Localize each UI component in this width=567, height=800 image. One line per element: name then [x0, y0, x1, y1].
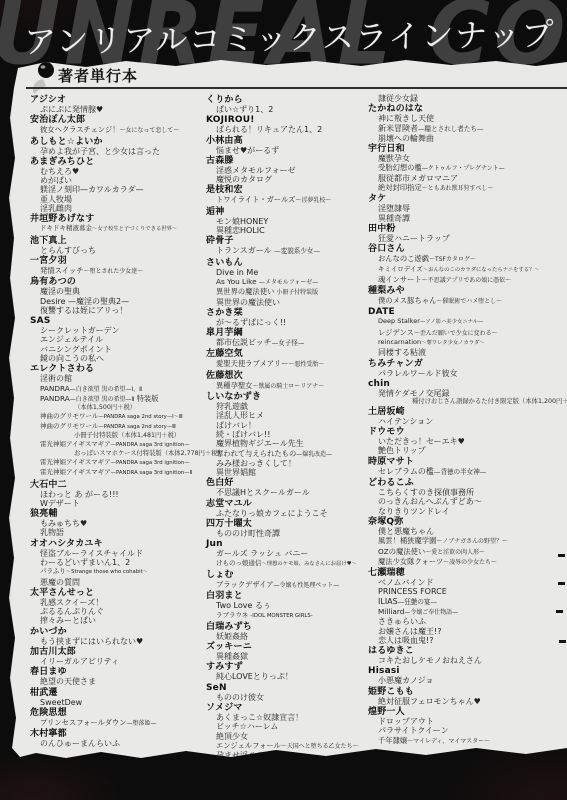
- heading-rule: [26, 87, 567, 89]
- work-title: 淫術の館: [30, 374, 208, 383]
- work-title: ハイテンション: [368, 417, 564, 426]
- work-subtitle: —白き欲望 黒の希望—Ⅱ: [70, 396, 135, 403]
- work-subtitle: 〜歪んだ願いで少女に変わる〜: [414, 330, 498, 337]
- work-title: 風雲！桶狭魔学園〜ノブナガさんの野望？〜: [368, 536, 564, 546]
- author-block: 皐月芋綱都市伝説ビッチ—女子怪—: [206, 328, 384, 348]
- work-title: プリンセスフォールダウン—堕落姫—: [30, 718, 208, 728]
- work-title: けものっ娘通信〜理想のケモ娘、みなさんにお届け♥〜: [206, 559, 384, 569]
- work-subtitle: —PANDRA saga 3rd ignition—Ⅱ: [111, 470, 193, 476]
- author-block: DATEDeep Stalker—ソノ影ハ美少女ニナル—レジデンス〜歪んだ願いで…: [368, 307, 564, 357]
- work-title: さきゅらいふ: [368, 617, 564, 626]
- author-name: 白瑞みずち: [206, 622, 384, 632]
- work-title: 僕と悪魔ちゃん: [368, 527, 564, 536]
- author-name: Hisasi: [368, 666, 564, 676]
- author-block: タケ淫堕隷辱異種奇譚: [368, 194, 564, 223]
- work-title: 孕めよ我が子宮、と少女は言った: [30, 147, 208, 156]
- work-title: セレブラムの檻—背徳の半女神—: [368, 467, 564, 477]
- author-name: 時原マサト: [368, 457, 564, 467]
- work-title: 亜人牧場: [30, 195, 208, 204]
- work-title: もののけ町性奇譚: [206, 529, 384, 538]
- author-name: 七瀬瑞穂: [368, 568, 564, 578]
- author-name: 志堂マユル: [206, 499, 384, 509]
- author-name: オオハシタカユキ: [30, 539, 208, 549]
- work-title: 妖姫姦絡: [206, 632, 384, 641]
- author-name: chin: [368, 379, 564, 389]
- work-title: むちえろ♥: [30, 167, 208, 176]
- work-subtitle: 〜奪ワレタ少女ノカラダ〜: [421, 340, 485, 346]
- work-subtitle: —PANDRA saga 3rd ignition—: [111, 442, 190, 448]
- work-title: ビッチ☆ハーレム: [206, 722, 384, 731]
- work-title: 魔獣孕女: [368, 154, 564, 163]
- author-block: 谷口さんおんなのこ遊戯〜TSFカタログ〜キミイロデイズ〜おんなのこのカラダになっ…: [368, 244, 564, 285]
- author-block: はるゆきこコキたおしケモノおねえさん: [368, 646, 564, 665]
- author-name: くりから: [206, 95, 384, 105]
- work-title: 雷光神姫アイギスマギア—PANDRA saga 3rd ignition—: [30, 440, 208, 450]
- work-title: 異種孕聖女〜獣属の騎士ローリアナ〜: [206, 381, 384, 391]
- author-name: 池下真上: [30, 236, 208, 246]
- author-block: エレクトさわる淫術の館PANDRA—白き欲望 黒の希望—Ⅰ、ⅡPANDRA—白き…: [30, 364, 208, 478]
- author-name: 大石中二: [30, 480, 208, 490]
- author-name: しいなかずき: [206, 392, 384, 402]
- work-subtitle: 小冊子付特装版: [274, 289, 318, 296]
- torn-edge-marks: [558, 554, 565, 557]
- author-block: 柑武遷SweetDew: [30, 688, 208, 707]
- author-name: 左藤空気: [206, 349, 384, 359]
- work-title: が〜るずぱにっく!!: [206, 318, 384, 327]
- work-title: パラレルワールド彼女: [368, 369, 564, 378]
- work-title: 雷光神姫アイギスマギア—PANDRA saga 3rd ignition—Ⅱ: [30, 468, 208, 478]
- work-subtitle: —PANDRA saga 3rd ignition—: [111, 460, 190, 466]
- work-title: Dive in Me: [206, 268, 384, 277]
- author-name: KOJIROU!: [206, 115, 384, 125]
- work-subtitle: —クトゥルフ・プレグナント—: [422, 165, 505, 172]
- author-name: かいづか: [30, 627, 208, 637]
- author-block: 木村寧都のんひゅーまんらいふ: [30, 729, 208, 748]
- author-block: 一宮夕羽発情スイッチ〜堕とされた少女達〜: [30, 256, 208, 276]
- work-title: お嬢さんは魔王!?: [368, 627, 564, 636]
- work-title: トランスガール —変貌系少女—: [206, 246, 384, 256]
- author-column: くりからぱい☆ずり1、2KOJIROU!ばられる！リキュアたん1、2小林由高悩ま…: [206, 94, 384, 760]
- work-subtitle: —女子怪—: [272, 339, 305, 347]
- author-block: ズッキーニ異種姦獄: [206, 642, 384, 661]
- author-name: 宇行日和: [368, 144, 564, 154]
- author-name: 皐月芋綱: [206, 328, 384, 338]
- edition-note: （本体1,500円＋税）: [30, 404, 208, 412]
- author-block: 田中粉狂愛ハニートラップ: [368, 224, 564, 243]
- author-block: かいづかもう挟まずにはいられない♥: [30, 627, 208, 646]
- author-block: あまぎみちひとむちえろ♥めがぱい躾淫ノ刻印—カワルカラダ—亜人牧場淫乳雌肉: [30, 157, 208, 213]
- work-title: 悩ませ♥がーるず: [206, 146, 384, 155]
- work-title: 恋人は吸血鬼!?: [368, 636, 564, 645]
- work-title: おんなのこ遊戯〜TSFカタログ〜: [368, 254, 564, 264]
- author-block: SASシークレットガーデンエンジェルテイルバニシングポイント鏡の向こうの私へ: [30, 316, 208, 363]
- work-title: 奪われて与えられたもの—爆乳改造—: [206, 449, 384, 459]
- edition-note: おっぱいスマホケース付特装版（本体2,778円＋税）: [30, 450, 208, 458]
- work-title: こちらくすのき探偵事務所: [368, 488, 564, 497]
- author-block: オオハシタカユキ怪盗ブルーライスチャイルドわーるどいずまいん1、2パラふり〜St…: [30, 539, 208, 587]
- author-block: さかき栞が〜るずぱにっく!!: [206, 308, 384, 327]
- work-title: 異種恋HOLIC: [206, 226, 384, 235]
- author-block: 春日まゆ絶望の天使さま: [30, 667, 208, 686]
- author-name: しょむ: [206, 570, 384, 580]
- work-title: ほわっと あ がーる!!!: [30, 490, 208, 499]
- work-subtitle: 〜おんなのこのカラダになったらナニをする？〜: [423, 267, 540, 273]
- author-block: 時原マサトセレブラムの檻—背徳の半女神—: [368, 457, 564, 477]
- author-block: 逅神モン娘HONEY異種恋HOLIC: [206, 207, 384, 236]
- author-name: 太平さんせっと: [30, 588, 208, 598]
- work-title: ぱい☆ずり1、2: [206, 105, 384, 114]
- author-name: 土居坂崎: [368, 407, 564, 417]
- work-subtitle: —糧とされし者たち—: [418, 125, 483, 133]
- work-title: 異世界の魔法使い: [206, 298, 384, 307]
- work-title: 千年隷嬢〜マイレディ、マイマスター〜: [368, 736, 564, 746]
- author-block: 古森滕淫惑メタモルフォーゼ魔悦のカタログ: [206, 156, 384, 185]
- author-block: SeNもののけ彼女: [206, 683, 384, 702]
- work-title: みみ様おっきくして！: [206, 459, 384, 468]
- work-title: モン娘HONEY: [206, 217, 384, 226]
- work-title: 異世界の魔法使い 小冊子付特装版: [206, 287, 384, 297]
- work-title: Milliard—令嬢ご奉仕物語—: [368, 607, 564, 617]
- work-title: 孕ませ淫モラル: [206, 751, 384, 760]
- author-name: 柑武遷: [30, 688, 208, 698]
- author-block: 姫野こもも絶対征服フェロモンちゃん♥: [368, 687, 564, 706]
- author-block: しいなかずき狩乳遊戯淫乱人形ヒメばけバレ！続・ばけバレ!!魔界植物ギジエール先生…: [206, 392, 384, 477]
- author-block: 隷従少女録: [368, 94, 564, 103]
- work-title: 絶対封印指定〜ともあれ獣耳狩すべし〜: [368, 183, 564, 193]
- work-title: 異世界娼館: [206, 468, 384, 477]
- work-subtitle: -IDOL MONSTER GIRLS-: [250, 613, 312, 619]
- work-subtitle: 〜不思議アプリであの娘に憑依〜: [422, 277, 511, 284]
- work-title: 乳感スクイーズ！: [30, 598, 208, 607]
- work-subtitle: 〜ノブナガさんの野望？〜: [436, 538, 508, 545]
- work-title: 復讐するは姪にアリっ！: [30, 306, 208, 315]
- work-subtitle: —白き欲望 黒の希望—Ⅰ、Ⅱ: [70, 386, 142, 393]
- work-title: ブラックデザイア—令嬢も性処理ペット—: [206, 580, 384, 590]
- work-title: ドキドキ精液募金〜女子校生と子づくりできる世界〜: [30, 224, 208, 234]
- author-name: たかねのはな: [368, 104, 564, 114]
- work-subtitle: 〜Strange those who cohabit〜: [66, 569, 148, 575]
- work-title: イリーガルアビリティ: [30, 657, 208, 666]
- author-name: 木村寧都: [30, 729, 208, 739]
- work-title: 搾々みーとぱい: [30, 616, 208, 625]
- work-title: 躾淫ノ刻印—カワルカラダ—: [30, 185, 208, 194]
- author-block: 砕骨子トランスガール —変貌系少女—: [206, 236, 384, 256]
- author-name: すみすず: [206, 662, 384, 672]
- work-title: コキたおしケモノおねえさん: [368, 656, 564, 665]
- author-name: さいもん: [206, 258, 384, 268]
- author-name: エレクトさわる: [30, 364, 208, 374]
- work-title: 異種姦獄: [206, 652, 384, 661]
- author-name: ちみチャンガ: [368, 359, 564, 369]
- author-block: ソメジマあくまっこ☆奴隷宣言！ビッチ☆ハーレム絶頂少女エンジェルフォール〜天国へ…: [206, 703, 384, 760]
- work-subtitle: 〜愛と淫欲の肉人形〜: [425, 549, 485, 556]
- work-title: 魂インサート〜不思議アプリであの娘に憑依〜: [368, 275, 564, 285]
- author-name: 煌野一人: [368, 707, 564, 717]
- work-title: ドロップアウト: [368, 717, 564, 726]
- work-title: 同棲する粘液: [368, 348, 564, 357]
- work-title: 続・ばけバレ!!: [206, 430, 384, 439]
- work-subtitle: 〜女子校生と子づくりできる世界〜: [92, 226, 177, 232]
- work-subtitle: —PANDRA saga 2nd story—Ⅰ〜Ⅲ: [98, 414, 182, 420]
- author-name: ソメジマ: [206, 703, 384, 713]
- work-title: ふたなりっ娘カフェにようこそ: [206, 509, 384, 518]
- scanned-catalog-page: { "header": { "title": "アンリアルコミックスラインナップ…: [0, 0, 567, 800]
- work-title: ベノムバインド: [368, 578, 564, 587]
- work-title: エンジェルフォール〜天国へと堕ちる乙女たち〜: [206, 741, 384, 751]
- work-title: ばけバレ！: [206, 421, 384, 430]
- author-name: SAS: [30, 316, 208, 326]
- author-name: 田中粉: [368, 224, 564, 234]
- author-block: どわるこふこちらくすのき探偵事務所のっきんおんへぶんずどあ〜なりきりツンドレイ: [368, 478, 564, 516]
- work-title: 絶頂少女: [206, 732, 384, 741]
- work-title: 鏡の向こうの私へ: [30, 354, 208, 363]
- author-block: 四万十曜太もののけ町性奇譚: [206, 519, 384, 538]
- work-title: 魔法少女隊クォーツ〜凌辱の少女たち〜: [368, 557, 564, 567]
- author-name: 加古川太郎: [30, 647, 208, 657]
- work-title: 悪魔の質問: [30, 578, 208, 587]
- author-block: アジシオぷにぷに発情腺♥: [30, 95, 208, 114]
- work-title: PRINCESS FORCE: [368, 587, 564, 596]
- work-title: 異種奇譚: [368, 214, 564, 223]
- author-name: 狼亮輔: [30, 509, 208, 519]
- work-title: 受胎幻想の檻—クトゥルフ・プレグナント—: [368, 163, 564, 173]
- author-block: 小林由高悩ませ♥がーるず: [206, 136, 384, 155]
- work-title: Two Love るぅ: [206, 601, 384, 610]
- author-block: 狼亮輔もみゅちち♥乳物語: [30, 509, 208, 538]
- author-block: 是枝和宏トワイライト・ガールズ〜淫夢乳校〜: [206, 185, 384, 205]
- author-block: ちみチャンガパラレルワールド彼女: [368, 359, 564, 378]
- author-name: ドウモウ: [368, 427, 564, 437]
- author-name: どわるこふ: [368, 478, 564, 488]
- author-block: 加古川太郎イリーガルアビリティ: [30, 647, 208, 666]
- work-title: 怪盗ブルーライスチャイルド: [30, 549, 208, 558]
- work-title: 魔悦のカタログ: [206, 175, 384, 184]
- work-title: 淫乳雌肉: [30, 204, 208, 213]
- author-name: 井垣野あげなす: [30, 214, 208, 224]
- author-block: 白瑞みずち妖姫姦絡: [206, 622, 384, 641]
- author-block: たかねのはな神に叛きし天使新米冒険者—糧とされし者たち—崩壊への輪舞曲: [368, 104, 564, 143]
- author-name: ズッキーニ: [206, 642, 384, 652]
- author-name: 谷口さん: [368, 244, 564, 254]
- work-title: もう挟まずにはいられない♥: [30, 637, 208, 646]
- author-name: SeN: [206, 683, 384, 693]
- work-title: 不思議Hとスクールガール: [206, 488, 384, 497]
- author-block: 佐藤想次異種孕聖女〜獣属の騎士ローリアナ〜: [206, 371, 384, 391]
- author-name: 色白好: [206, 478, 384, 488]
- work-title: シークレットガーデン: [30, 326, 208, 335]
- work-title: 絶望の天使さま: [30, 677, 208, 686]
- author-block: 土居坂崎ハイテンション: [368, 407, 564, 426]
- work-title: のんひゅーまんらいふ: [30, 739, 208, 748]
- author-name: アジシオ: [30, 95, 208, 105]
- author-name: さかき栞: [206, 308, 384, 318]
- work-title: ぷにぷに発情腺♥: [30, 105, 208, 114]
- author-name: 姫野こもも: [368, 687, 564, 697]
- work-title: 僕のメス豚ちゃん〜催眠術でハメ堕とし〜: [368, 296, 564, 306]
- author-block: 白羽まとTwo Love るぅラブラウネ -IDOL MONSTER GIRLS…: [206, 591, 384, 621]
- work-title: わーるどいずまいん1、2: [30, 558, 208, 567]
- work-title: reincarnation〜奪ワレタ少女ノカラダ〜: [368, 338, 564, 348]
- author-name: 砕骨子: [206, 236, 384, 246]
- author-block: chin発情ケダモノ交尾録種付けおじさん語録かるた付き限定版（本体1,200円＋…: [368, 379, 564, 406]
- work-title: キミイロデイズ〜おんなのこのカラダになったらナニをする？〜: [368, 265, 564, 275]
- work-subtitle: 〜理想のケモ娘、みなさんにお届け♥〜: [261, 561, 356, 567]
- work-title: ILIAS—狂艶の宴—: [368, 597, 564, 607]
- work-title: 雷光神姫アイギスマギア—PANDRA saga 3rd ignition—: [30, 458, 208, 468]
- work-subtitle: 〜TSFカタログ〜: [429, 256, 476, 263]
- work-subtitle: 〜凌辱の少女たち〜: [443, 559, 497, 566]
- work-title: もみゅちち♥: [30, 519, 208, 528]
- author-block: 安治ぽん太郎彼女ヘクラスチェンジ！〜女になって恋して〜: [30, 115, 208, 135]
- author-name: 小林由高: [206, 136, 384, 146]
- work-subtitle: 〜悪性受胎〜: [288, 361, 324, 368]
- author-block: 奈塚Q弥僕と悪魔ちゃん風雲！桶狭魔学園〜ノブナガさんの野望？〜OZの魔法使い〜愛…: [368, 517, 564, 567]
- work-title: Desire —魔淫の聖典2—: [30, 297, 208, 306]
- work-subtitle: 〜堕とされた少女達〜: [84, 268, 144, 275]
- work-title: 狂愛ハニートラップ: [368, 234, 564, 243]
- work-subtitle: 〜ともあれ獣耳狩すべし〜: [422, 185, 494, 192]
- work-subtitle: 〜淫夢乳校〜: [295, 197, 331, 204]
- work-title: 発情スイッチ〜堕とされた少女達〜: [30, 266, 208, 276]
- work-subtitle: 〜女になって恋して〜: [120, 127, 180, 134]
- work-subtitle: 〜天国へと堕ちる乙女たち〜: [281, 743, 359, 750]
- page-title: アンリアルコミックスラインナップ: [24, 9, 555, 62]
- author-block: 左藤空気愛聖天使ラブメアリー〜悪性受胎〜: [206, 349, 384, 369]
- author-name: あまぎみちひと: [30, 157, 208, 167]
- work-title: のっきんおんへぶんずどあ〜: [368, 497, 564, 506]
- author-block: さいもんDive in MeAs You Like —メタモルフォーゼ—異世界の…: [206, 258, 384, 307]
- work-title: Deep Stalker—ソノ影ハ美少女ニナル—: [368, 317, 564, 327]
- work-subtitle: —変貌系少女—: [274, 247, 320, 255]
- author-block: すみすず純心LOVEとりっぷ！: [206, 662, 384, 681]
- work-title: SweetDew: [30, 698, 208, 707]
- work-title: 神曲のグリモワール—PANDRA saga 2nd story—Ⅲ: [30, 422, 208, 432]
- paper-sheet: 著者単行本 アジシオぷにぷに発情腺♥安治ぽん太郎彼女ヘクラスチェンジ！〜女になっ…: [6, 58, 567, 760]
- work-title: なりきりツンドレイ: [368, 507, 564, 516]
- author-block: 煌野一人ドロップアウトパラサイトクイーン千年隷嬢〜マイレディ、マイマスター〜: [368, 707, 564, 746]
- author-block: 池下真上とらんすびっち: [30, 236, 208, 255]
- work-title: 愛聖天使ラブメアリー〜悪性受胎〜: [206, 359, 384, 369]
- author-block: 危険思想プリンセスフォールダウン—堕落姫—: [30, 708, 208, 728]
- work-subtitle: —令嬢ご奉仕物語—: [404, 609, 458, 616]
- author-name: 四万十曜太: [206, 519, 384, 529]
- work-title: バニシングポイント: [30, 345, 208, 354]
- work-subtitle: —メタモルフォーゼ—: [259, 279, 318, 286]
- work-title: PANDRA—白き欲望 黒の希望—Ⅱ 特装版: [30, 394, 208, 404]
- work-title: ばられる！リキュアたん1、2: [206, 125, 384, 134]
- author-name: 危険思想: [30, 708, 208, 718]
- author-block: 宇行日和魔獣孕女受胎幻想の檻—クトゥルフ・プレグナント—服従都市メガロマニア絶対…: [368, 144, 564, 193]
- work-subtitle: —背徳の半女神—: [434, 468, 486, 476]
- work-title: 狩乳遊戯: [206, 402, 384, 411]
- work-title: 魔淫の聖典: [30, 287, 208, 296]
- work-title: 艶色トリップ: [368, 446, 564, 455]
- work-title: OZの魔法使い〜愛と淫欲の肉人形〜: [368, 547, 564, 557]
- work-title: パラふり〜Strange those who cohabit〜: [30, 567, 208, 577]
- author-block: あしもと☆よいか孕めよ我が子宮、と少女は言った: [30, 137, 208, 156]
- work-title: 絶対征服フェロモンちゃん♥: [368, 697, 564, 706]
- work-subtitle: 〜マイレディ、マイマスター〜: [407, 738, 490, 745]
- work-title: もののけ彼女: [206, 693, 384, 702]
- work-subtitle: 〜催眠術でハメ堕とし〜: [436, 298, 502, 305]
- work-title: 新米冒険者—糧とされし者たち—: [368, 124, 564, 134]
- work-title: 乳物語: [30, 528, 208, 537]
- author-name: 逅神: [206, 207, 384, 217]
- author-block: 種梨みや僕のメス豚ちゃん〜催眠術でハメ堕とし〜: [368, 286, 564, 306]
- edition-note: 種付けおじさん語録かるた付き限定版（本体1,200円＋税）: [368, 398, 564, 406]
- author-block: 大石中二ほわっと あ がーる!!!Wデザート: [30, 480, 208, 509]
- author-block: 太平さんせっと乳感スクイーズ！ぷるるんぷりんぐ搾々みーとぱい: [30, 588, 208, 626]
- work-title: パラサイトクイーン: [368, 726, 564, 735]
- work-title: とらんすびっち: [30, 246, 208, 255]
- work-subtitle: —ソノ影ハ美少女ニナル—: [420, 319, 483, 325]
- author-name: 烏有あつの: [30, 277, 208, 287]
- work-title: 神に叛きし天使: [368, 114, 564, 123]
- work-title: 魔界植物ギジエール先生: [206, 439, 384, 448]
- work-title: 淫乱人形ヒメ: [206, 411, 384, 420]
- work-subtitle: —爆乳改造—: [296, 451, 332, 458]
- author-name: DATE: [368, 307, 564, 317]
- work-subtitle: —PANDRA saga 2nd story—Ⅲ: [98, 424, 175, 430]
- author-name: あしもと☆よいか: [30, 137, 208, 147]
- author-name: タケ: [368, 194, 564, 204]
- author-name: 佐藤想次: [206, 371, 384, 381]
- work-title: 淫惑メタモルフォーゼ: [206, 166, 384, 175]
- work-title: レジデンス〜歪んだ願いで少女に変わる〜: [368, 328, 564, 338]
- work-subtitle: —堕落姫—: [126, 720, 156, 727]
- work-subtitle: —令嬢も性処理ペット—: [274, 582, 340, 589]
- work-title: 隷従少女録: [368, 94, 564, 103]
- work-subtitle: 〜獣属の騎士ローリアナ〜: [252, 383, 324, 390]
- author-column: アジシオぷにぷに発情腺♥安治ぽん太郎彼女ヘクラスチェンジ！〜女になって恋して〜あ…: [30, 94, 208, 749]
- author-block: 烏有あつの魔淫の聖典Desire —魔淫の聖典2—復讐するは姪にアリっ！: [30, 277, 208, 315]
- author-block: 志堂マユルふたなりっ娘カフェにようこそ: [206, 499, 384, 518]
- work-title: あくまっこ☆奴隷宣言！: [206, 713, 384, 722]
- author-name: 奈塚Q弥: [368, 517, 564, 527]
- work-title: Wデザート: [30, 499, 208, 508]
- author-block: 七瀬瑞穂ベノムバインドPRINCESS FORCEILIAS—狂艶の宴—Mill…: [368, 568, 564, 645]
- author-name: Jun: [206, 539, 384, 549]
- author-block: 井垣野あげなすドキドキ精液募金〜女子校生と子づくりできる世界〜: [30, 214, 208, 234]
- work-title: 服従都市メガロマニア: [368, 174, 564, 183]
- work-title: 淫堕隷辱: [368, 204, 564, 213]
- edition-note: 小冊子付特装版（本体1,481円＋税）: [30, 432, 208, 440]
- work-title: 神曲のグリモワール—PANDRA saga 2nd story—Ⅰ〜Ⅲ: [30, 412, 208, 422]
- work-title: ラブラウネ -IDOL MONSTER GIRLS-: [206, 611, 384, 621]
- work-title: 崩壊への輪舞曲: [368, 134, 564, 143]
- author-name: はるゆきこ: [368, 646, 564, 656]
- author-block: 色白好不思議Hとスクールガール: [206, 478, 384, 497]
- work-title: 小悪魔カノジョ: [368, 676, 564, 685]
- author-name: 安治ぽん太郎: [30, 115, 208, 125]
- author-block: くりからぱい☆ずり1、2: [206, 95, 384, 114]
- author-block: しょむブラックデザイア—令嬢も性処理ペット—: [206, 570, 384, 590]
- work-title: 都市伝説ビッチ—女子怪—: [206, 338, 384, 348]
- section-heading: 著者単行本: [58, 65, 138, 86]
- work-title: 発情ケダモノ交尾録: [368, 389, 564, 398]
- author-block: Hisasi小悪魔カノジョ: [368, 666, 564, 685]
- work-title: エンジェルテイル: [30, 335, 208, 344]
- work-title: 純心LOVEとりっぷ！: [206, 672, 384, 681]
- work-title: As You Like —メタモルフォーゼ—: [206, 277, 384, 287]
- author-block: Junガールズ ラッシュ バニーけものっ娘通信〜理想のケモ娘、みなさんにお届け♥…: [206, 539, 384, 569]
- author-name: 白羽まと: [206, 591, 384, 601]
- author-name: 古森滕: [206, 156, 384, 166]
- author-column: 隷従少女録たかねのはな神に叛きし天使新米冒険者—糧とされし者たち—崩壊への輪舞曲…: [368, 94, 564, 746]
- author-name: 種梨みや: [368, 286, 564, 296]
- author-name: 一宮夕羽: [30, 256, 208, 266]
- author-name: 是枝和宏: [206, 185, 384, 195]
